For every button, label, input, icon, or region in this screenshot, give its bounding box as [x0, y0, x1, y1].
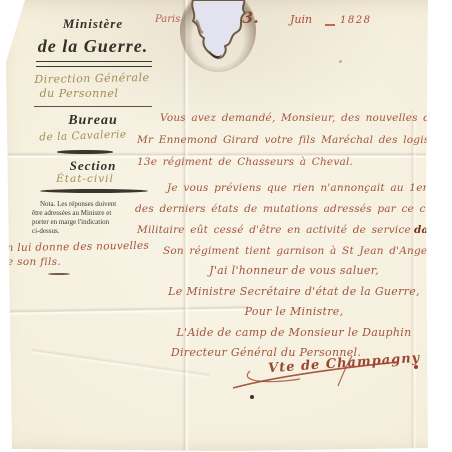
ink-speck — [339, 60, 342, 63]
closing-line: Pour le Ministre, — [148, 302, 440, 323]
letterhead-bureau-label: Bureau — [38, 113, 148, 129]
letterhead-ministry-line1: Ministère — [38, 16, 148, 32]
body-line: des derniers états de mutations adressés… — [135, 203, 452, 215]
body-line-with-correction: Militaire eût cessé d'être en activité d… — [137, 224, 452, 236]
date-month: Juin — [290, 13, 312, 26]
divider-thin-rule — [34, 106, 152, 107]
ink-speck — [250, 395, 254, 399]
date-day: 23. — [231, 8, 259, 27]
date-place: Paris — [155, 14, 180, 25]
body-line: Vous avez demandé, Monsieur, des nouvell… — [160, 112, 437, 124]
ink-correction: dans ce régiment — [414, 224, 452, 236]
date-dash — [325, 24, 335, 26]
closing-line: J'ai l'honneur de vous saluer, — [148, 261, 440, 282]
letterhead-section-label: Section — [38, 158, 148, 174]
letterhead-direction-line2: du Personnel — [14, 87, 144, 100]
nota-line: porter en marge l'indication — [32, 218, 140, 227]
divider-swelled-rule-small — [57, 150, 113, 154]
body-line: 13e régiment de Chasseurs à Cheval. — [137, 156, 353, 168]
body-line-main: Militaire eût cessé d'être en activité d… — [137, 224, 411, 236]
body-line: Son régiment tient garnison à St Jean d'… — [163, 245, 446, 257]
nota-line: ci-dessus. — [32, 227, 140, 236]
closing-line: Le Ministre Secrétaire d'état de la Guer… — [148, 282, 440, 303]
body-line: Je vous préviens que rien n'annonçait au… — [167, 182, 452, 194]
letterhead-section-value: État-civil — [30, 173, 140, 185]
nota-line: Nota. Les réponses doivent — [32, 200, 140, 209]
divider-double-rule — [36, 61, 152, 67]
date-year: 1828 — [340, 15, 371, 26]
body-line: Mr Ennemond Girard votre fils Maréchal d… — [137, 134, 448, 146]
closing-line: L'Aide de camp de Monsieur le Dauphin — [148, 323, 440, 344]
paper-sheet: Ministère de la Guerre. Direction Généra… — [0, 0, 452, 452]
nota-line: être adressées au Ministre et — [32, 209, 140, 218]
letterhead-direction-line1: Direction Générale — [22, 71, 162, 86]
letterhead-ministry-line2: de la Guerre. — [28, 36, 158, 57]
divider-swelled-rule-large — [40, 189, 148, 193]
scanned-letter: Ministère de la Guerre. Direction Généra… — [0, 0, 452, 452]
margin-note-line2: de son fils. — [0, 256, 61, 268]
closing-block: J'ai l'honneur de vous saluer, Le Minist… — [148, 261, 440, 364]
printed-nota-block: Nota. Les réponses doivent être adressée… — [32, 200, 140, 236]
ink-speck — [414, 365, 418, 369]
